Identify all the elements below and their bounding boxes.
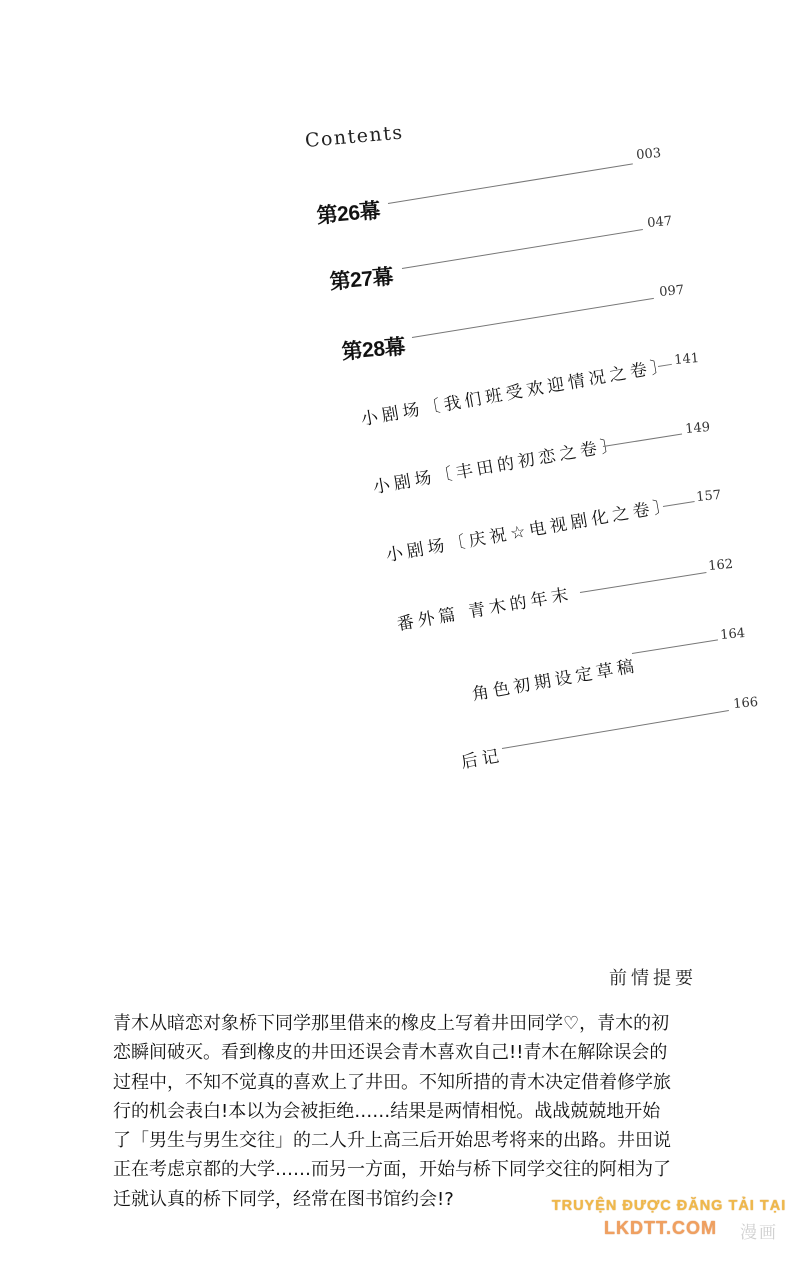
toc-entry-label: 小剧场〔庆祝☆电视剧化之卷〕	[384, 491, 676, 566]
summary-line: 了「男生与男生交往」的二人升上高三后开始思考将来的出路。井田说	[113, 1126, 713, 1155]
toc-entry-page: 166	[733, 695, 759, 712]
toc-entry-label: 番外篇 青木的年末	[395, 580, 574, 635]
toc-entry-page: 149	[685, 420, 711, 437]
leader-line	[632, 639, 718, 654]
toc-entry-label: 小剧场〔我们班受欢迎情况之卷〕	[359, 351, 674, 430]
summary-heading: 前情提要	[609, 964, 697, 990]
toc-entry-label: 第28幕	[340, 331, 406, 366]
toc-entry-page: 157	[696, 488, 722, 505]
summary-line: 正在考虑京都的大学……而另一方面，开始与桥下同学交往的阿相为了	[113, 1155, 713, 1184]
table-of-contents: Contents 第26幕 003 第27幕 047 第28幕 097 小剧场〔…	[0, 0, 800, 820]
watermark-line-1: TRUYỆN ĐƯỢC ĐĂNG TẢI TẠI	[538, 1198, 800, 1214]
toc-entry-page: 162	[708, 557, 734, 574]
summary-line: 青木从暗恋对象桥下同学那里借来的橡皮上写着井田同学♡，青木的初	[113, 1009, 713, 1038]
contents-title: Contents	[304, 121, 404, 152]
toc-entry-page: 097	[659, 283, 685, 300]
toc-entry-label: 角色初期设定草稿	[470, 651, 640, 705]
toc-entry-label: 后记	[459, 741, 505, 773]
toc-entry-label: 小剧场〔丰田的初恋之卷〕	[371, 430, 624, 498]
leader-line	[580, 572, 707, 593]
toc-entry-page: 003	[636, 146, 662, 163]
leader-line	[502, 710, 729, 749]
toc-entry-page: 047	[647, 214, 673, 231]
leader-line	[412, 298, 654, 338]
faint-watermark-logo: 漫画	[740, 1218, 778, 1243]
toc-entry-label: 第27幕	[328, 261, 394, 296]
toc-entry-label: 第26幕	[315, 195, 381, 230]
summary-line: 恋瞬间破灭。看到橡皮的井田还误会青木喜欢自己!!青木在解除误会的	[113, 1038, 713, 1067]
summary-line: 行的机会表白!本以为会被拒绝……结果是两情相悦。战战兢兢地开始	[113, 1097, 713, 1126]
leader-line	[402, 229, 643, 269]
summary-text: 青木从暗恋对象桥下同学那里借来的橡皮上写着井田同学♡，青木的初 恋瞬间破灭。看到…	[113, 1009, 713, 1214]
toc-entry-page: 141	[674, 351, 700, 368]
leader-line	[388, 163, 633, 204]
toc-entry-page: 164	[720, 626, 746, 643]
summary-line: 过程中，不知不觉真的喜欢上了井田。不知所措的青木决定借着修学旅	[113, 1068, 713, 1097]
